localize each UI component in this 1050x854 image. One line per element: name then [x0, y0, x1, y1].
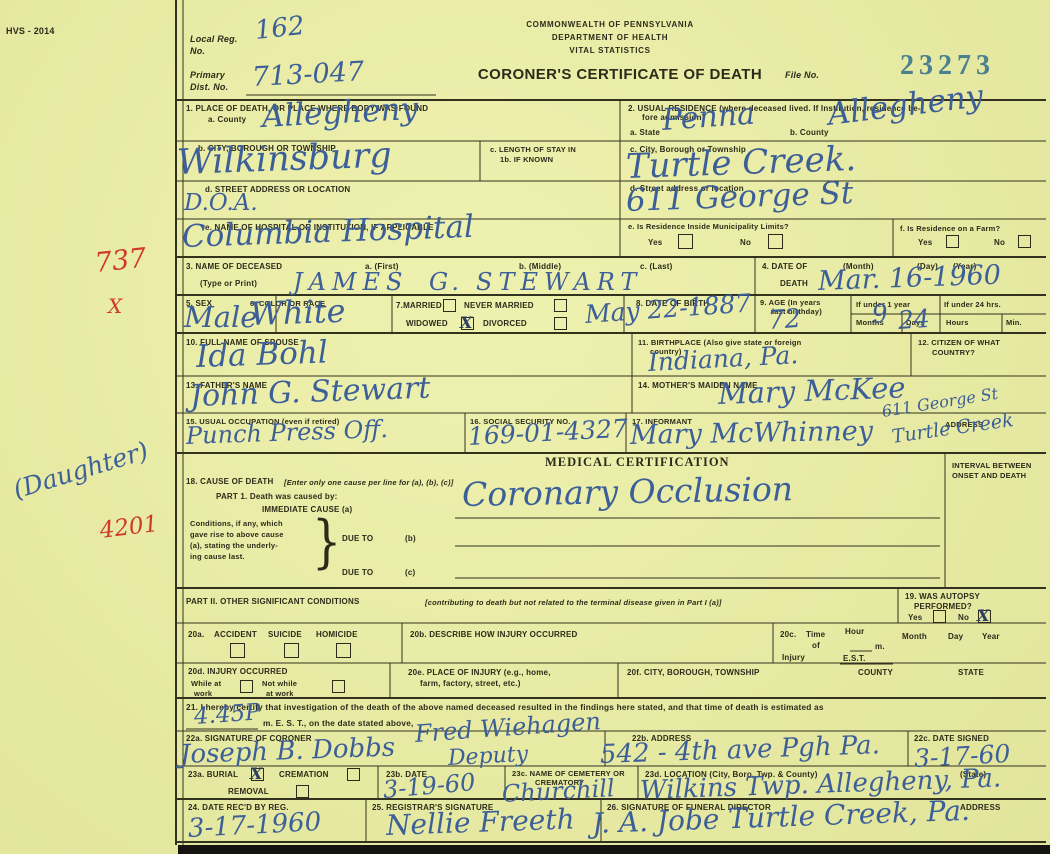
s20a-num: 20a. [188, 630, 204, 639]
s3-last-value: STEWART [476, 270, 642, 294]
margin-red-x: X [108, 296, 122, 316]
s2b-label: b. County [790, 128, 829, 137]
s9-age-months-value: 9 [871, 300, 889, 327]
primary-dist-value: 713-047 [251, 58, 364, 91]
s20c-est-label: E.S.T. [843, 654, 866, 663]
s20c-hour-label: Hour [845, 627, 864, 636]
s20c-m-label: m. [875, 642, 885, 651]
s1d-street-value: D.O.A. [184, 192, 258, 215]
org-line-3: VITAL STATISTICS [480, 46, 740, 55]
s20d-while-label-line2: work [194, 689, 212, 698]
s1a-county-value: Allegheny [261, 94, 419, 133]
s23a-removal-label: REMOVAL [228, 787, 269, 796]
s20a-suicide-label: SUICIDE [268, 630, 302, 639]
s2a-state-value: Penna [661, 100, 756, 136]
s19-no-label: No [958, 613, 969, 622]
s4-label-line2: DEATH [780, 279, 808, 288]
interval-label-line2: ONSET AND DEATH [952, 471, 1026, 480]
s1b-city-value: Wilkinsburg [176, 139, 392, 181]
s18-conditions-line4: ing cause last. [190, 552, 245, 561]
s7-never-married-checkbox [554, 299, 567, 312]
s20a-suicide-checkbox [284, 643, 299, 658]
s20c-year-label: Year [982, 632, 1000, 641]
s7-divorced-label: DIVORCED [483, 319, 527, 328]
s2f-yes-checkbox [946, 235, 959, 248]
s19-no-checkbox: X [978, 610, 991, 623]
s20c-num: 20c. [780, 630, 796, 639]
s23a-burial-checkbox: X [251, 768, 264, 781]
s19-no-check-mark: X [977, 606, 989, 625]
s15-occupation-value: Punch Press Off. [186, 417, 389, 448]
s7-married-checkbox [443, 299, 456, 312]
s19-yes-checkbox [933, 610, 946, 623]
form-number-stamp: HVS - 2014 [6, 26, 55, 36]
s2e-no-label: No [740, 238, 751, 247]
local-reg-value: 162 [254, 13, 306, 44]
s22a-deputy-title: Deputy [447, 744, 528, 770]
s3-middle-value: G. [429, 270, 463, 294]
s20d-notwhile-label-line2: at work [266, 689, 294, 698]
s14-mother-value: Mary McKee [717, 373, 905, 409]
s23a-burial-label: 23a. BURIAL [188, 770, 238, 779]
s9-age-years-value: 72 [767, 306, 802, 334]
s18-conditions-line2: gave rise to above cause [190, 530, 284, 539]
s18-label: 18. CAUSE OF DEATH [186, 477, 273, 486]
s23a-removal-checkbox [296, 785, 309, 798]
s20f-state-label: STATE [958, 668, 984, 677]
s23a-cremation-checkbox [347, 768, 360, 781]
s7-married-label: 7.MARRIED [396, 301, 442, 310]
s7-divorced-checkbox [554, 317, 567, 330]
s12-label-line1: 12. CITIZEN OF WHAT [918, 338, 1000, 347]
local-reg-label: Local Reg. [190, 34, 238, 44]
s1a-label: a. County [208, 115, 246, 124]
part2-note: [contributing to death but not related t… [425, 598, 722, 607]
s1c-label-line2: 1b. IF KNOWN [500, 155, 553, 164]
dist-no-label: Dist. No. [190, 82, 228, 92]
s22a-coroner-signature: Joseph B. Dobbs [180, 734, 396, 767]
s20f-county-label: COUNTY [858, 668, 893, 677]
s9-age-days-value: 24 [897, 306, 930, 333]
s20f-label: 20f. CITY, BOROUGH, TOWNSHIP [627, 668, 760, 677]
s19-label-line1: 19. WAS AUTOPSY [905, 592, 980, 601]
s4-date-of-death-value: Mar. 16-1960 [818, 262, 1002, 295]
margin-red-number: 737 [94, 245, 148, 277]
s4-label-line1: 4. DATE OF [762, 262, 807, 271]
s9-under-24-hrs-label: If under 24 hrs. [944, 300, 1001, 309]
s2f-no-label: No [994, 238, 1005, 247]
s2f-no-checkbox [1018, 235, 1031, 248]
s2e-yes-checkbox [678, 234, 693, 249]
s20a-accident-checkbox [230, 643, 245, 658]
s18-conditions-line1: Conditions, if any, which [190, 519, 283, 528]
s6-race-value: White [249, 295, 346, 330]
file-no-stamp-value: 23273 [900, 50, 995, 82]
s18-conditions-line3: (a), stating the underly- [190, 541, 278, 550]
file-no-label: File No. [785, 70, 819, 80]
s20b-label: 20b. DESCRIBE HOW INJURY OCCURRED [410, 630, 578, 639]
s5-sex-value: Male [184, 303, 257, 332]
s20c-day-label: Day [948, 632, 963, 641]
s2a-label: a. State [630, 128, 660, 137]
s20d-label: 20d. INJURY OCCURRED [188, 667, 288, 676]
s12-label-line2: COUNTRY? [932, 348, 975, 357]
s10-spouse-value: Ida Bohl [195, 337, 328, 373]
medical-certification-title: MEDICAL CERTIFICATION [545, 455, 730, 470]
org-line-1: COMMONWEALTH OF PENNSYLVANIA [480, 20, 740, 29]
s17-informant-value: Mary McWhinney [630, 418, 873, 449]
s19-yes-label: Yes [908, 613, 922, 622]
s2e-label: e. Is Residence Inside Municipality Limi… [628, 222, 789, 231]
s20c-time-label: Time [806, 630, 825, 639]
local-reg-no-label: No. [190, 46, 205, 56]
s7-widowed-checkbox: X [461, 317, 474, 330]
s18-conditions-brace: } [312, 507, 341, 575]
s18-due-to-c-label: DUE TO [342, 568, 373, 577]
s23c-cemetery-value: Churchill [501, 776, 615, 806]
s20e-label-line1: 20e. PLACE OF INJURY (e.g., home, [408, 668, 551, 677]
s18-part1-label: PART 1. Death was caused by: [216, 492, 338, 501]
s20d-while-label-line1: While at [191, 679, 221, 688]
s25-registrar-signature: Nellie Freeth [386, 805, 576, 840]
s23a-cremation-label: CREMATION [279, 770, 329, 779]
s13-father-value: John G. Stewart [189, 374, 430, 412]
s20d-notwhile-checkbox [332, 680, 345, 693]
s20d-while-checkbox [240, 680, 253, 693]
s18-b-tag: (b) [405, 534, 416, 543]
death-certificate-document: HVS - 2014 737 X (Daughter) 4201 Local R… [0, 0, 1050, 854]
s2e-no-checkbox [768, 234, 783, 249]
s18-due-to-b-label: DUE TO [342, 534, 373, 543]
s21-certify-text: 21. I hereby certify that investigation … [186, 702, 824, 712]
s3-sub-label: (Type or Print) [200, 279, 257, 288]
s7-never-married-label: NEVER MARRIED [464, 301, 534, 310]
s3-first-value: JAMES [293, 270, 409, 294]
s2f-label: f. Is Residence on a Farm? [900, 224, 1000, 233]
s20a-accident-label: ACCIDENT [214, 630, 257, 639]
primary-label: Primary [190, 70, 225, 80]
s20c-month-label: Month [902, 632, 927, 641]
s20a-homicide-label: HOMICIDE [316, 630, 358, 639]
s3-label: 3. NAME OF DECEASED [186, 262, 282, 271]
s24-date-received-value: 3-17-1960 [187, 809, 322, 842]
interval-label-line1: INTERVAL BETWEEN [952, 461, 1031, 470]
s21-time-of-death-value: 4.45P [193, 701, 261, 729]
s20c-of-label: of [812, 641, 820, 650]
org-line-2: DEPARTMENT OF HEALTH [480, 33, 740, 42]
s20c-injury-label: Injury [782, 653, 805, 662]
certificate-title: CORONER'S CERTIFICATE OF DEATH [455, 66, 785, 83]
s18-note: [Enter only one cause per line for (a), … [284, 478, 453, 487]
s18-immediate-cause-value: Coronary Occlusion [462, 472, 794, 511]
s20a-homicide-checkbox [336, 643, 351, 658]
s11-birthplace-value: Indiana, Pa. [647, 342, 798, 375]
s7-widowed-check-mark: X [460, 313, 472, 332]
s2e-yes-label: Yes [648, 238, 662, 247]
s18-c-tag: (c) [405, 568, 415, 577]
s20d-notwhile-label-line1: Not while [262, 679, 297, 688]
s2f-yes-label: Yes [918, 238, 932, 247]
s9-min-label: Min. [1006, 318, 1022, 327]
s7-widowed-label: WIDOWED [406, 319, 448, 328]
s3-last-label: c. (Last) [640, 262, 672, 271]
s20e-label-line2: farm, factory, street, etc.) [420, 679, 521, 688]
s2d-street-value: 611 George St [625, 178, 853, 217]
s9-hours-label: Hours [946, 318, 969, 327]
s1c-label-line1: c. LENGTH OF STAY IN [490, 145, 576, 154]
part2-label: PART II. OTHER SIGNIFICANT CONDITIONS [186, 597, 359, 606]
s21-certify-text2: m. E. S. T., on the date stated above, [263, 718, 414, 728]
